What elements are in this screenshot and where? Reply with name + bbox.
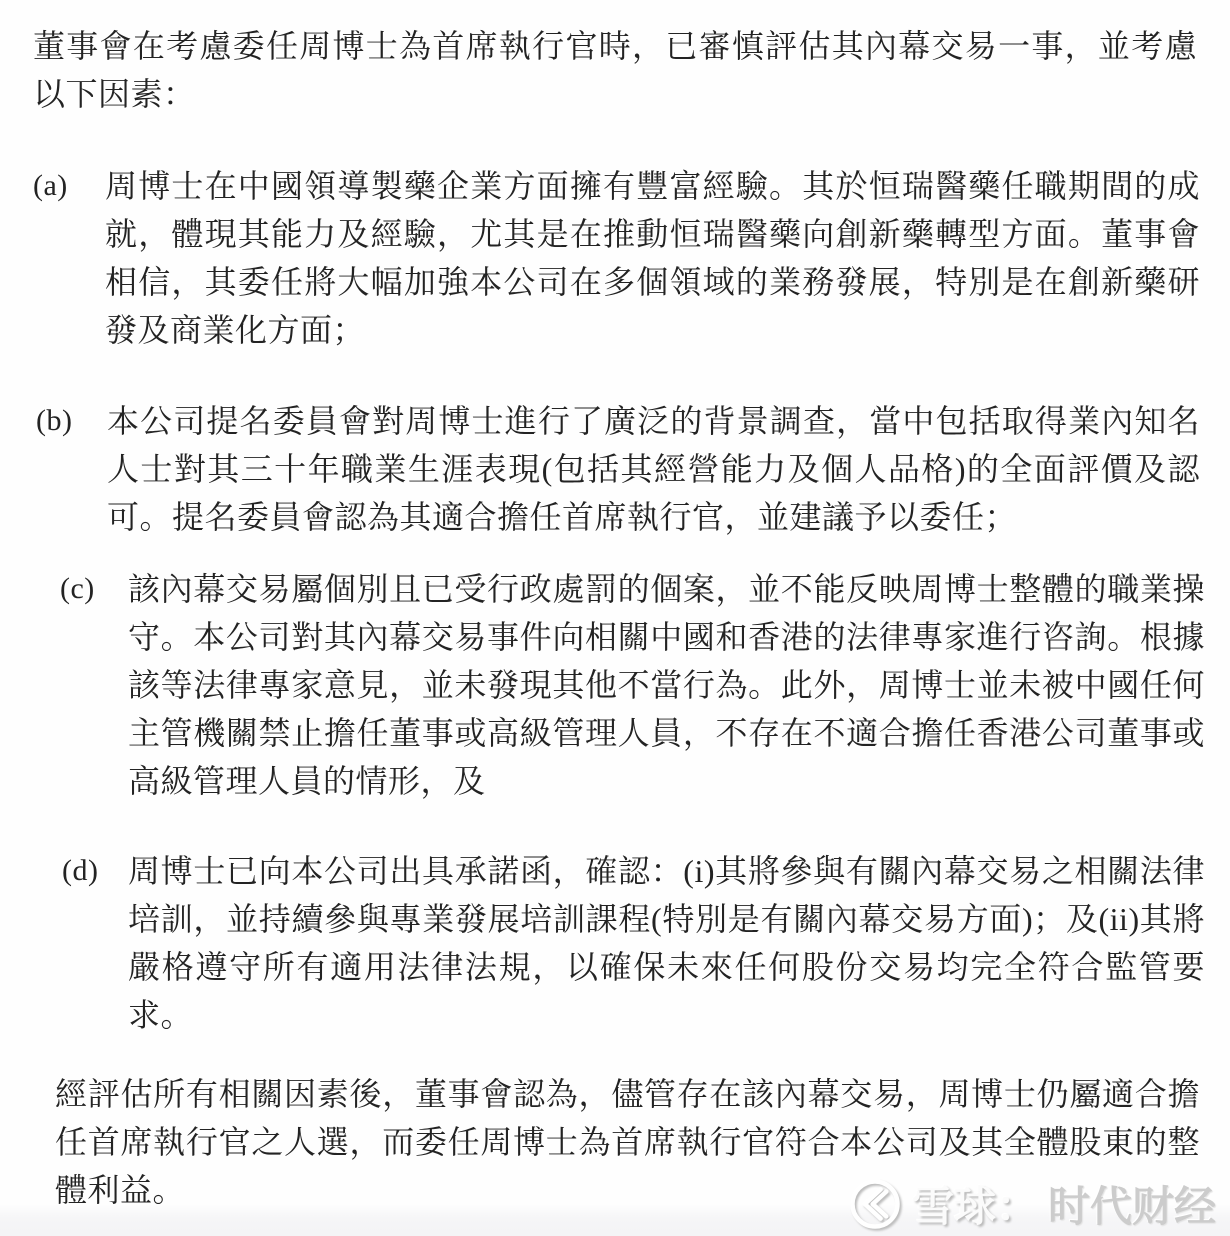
item-b-text: 本公司提名委員會對周博士進行了廣泛的背景調查，當中包括取得業內知名人士對其三十年… (107, 397, 1200, 541)
item-c-text: 該內幕交易屬個別且已受行政處罰的個案，並不能反映周博士整體的職業操守。本公司對其… (128, 565, 1205, 805)
list-item-d: (d) 周博士已向本公司出具承諾函，確認：(i)其將參與有關內幕交易之相關法律培… (62, 847, 1205, 1039)
document-page: 董事會在考慮委任周博士為首席執行官時，已審慎評估其內幕交易一事，並考慮以下因素：… (0, 0, 1230, 1236)
item-a-text: 周博士在中國領導製藥企業方面擁有豐富經驗。其於恒瑞醫藥任職期間的成就，體現其能力… (105, 162, 1200, 354)
watermark-source-text: 时代财经 (1048, 1174, 1216, 1234)
item-d-label: (d) (62, 847, 128, 895)
item-b-label: (b) (36, 397, 107, 445)
watermark: 雪球：时代财经 (848, 1174, 1216, 1234)
list-item-c: (c) 該內幕交易屬個別且已受行政處罰的個案，並不能反映周博士整體的職業操守。本… (60, 565, 1205, 805)
intro-paragraph: 董事會在考慮委任周博士為首席執行官時，已審慎評估其內幕交易一事，並考慮以下因素： (33, 22, 1197, 118)
item-a-label: (a) (33, 162, 105, 210)
xueqiu-snowball-logo-icon (848, 1177, 902, 1231)
list-item-a: (a) 周博士在中國領導製藥企業方面擁有豐富經驗。其於恒瑞醫藥任職期間的成就，體… (33, 162, 1200, 354)
watermark-brand-text: 雪球： (912, 1174, 1038, 1234)
item-d-text: 周博士已向本公司出具承諾函，確認：(i)其將參與有關內幕交易之相關法律培訓，並持… (128, 847, 1205, 1039)
list-item-b: (b) 本公司提名委員會對周博士進行了廣泛的背景調查，當中包括取得業內知名人士對… (36, 397, 1200, 541)
item-c-label: (c) (60, 565, 128, 613)
